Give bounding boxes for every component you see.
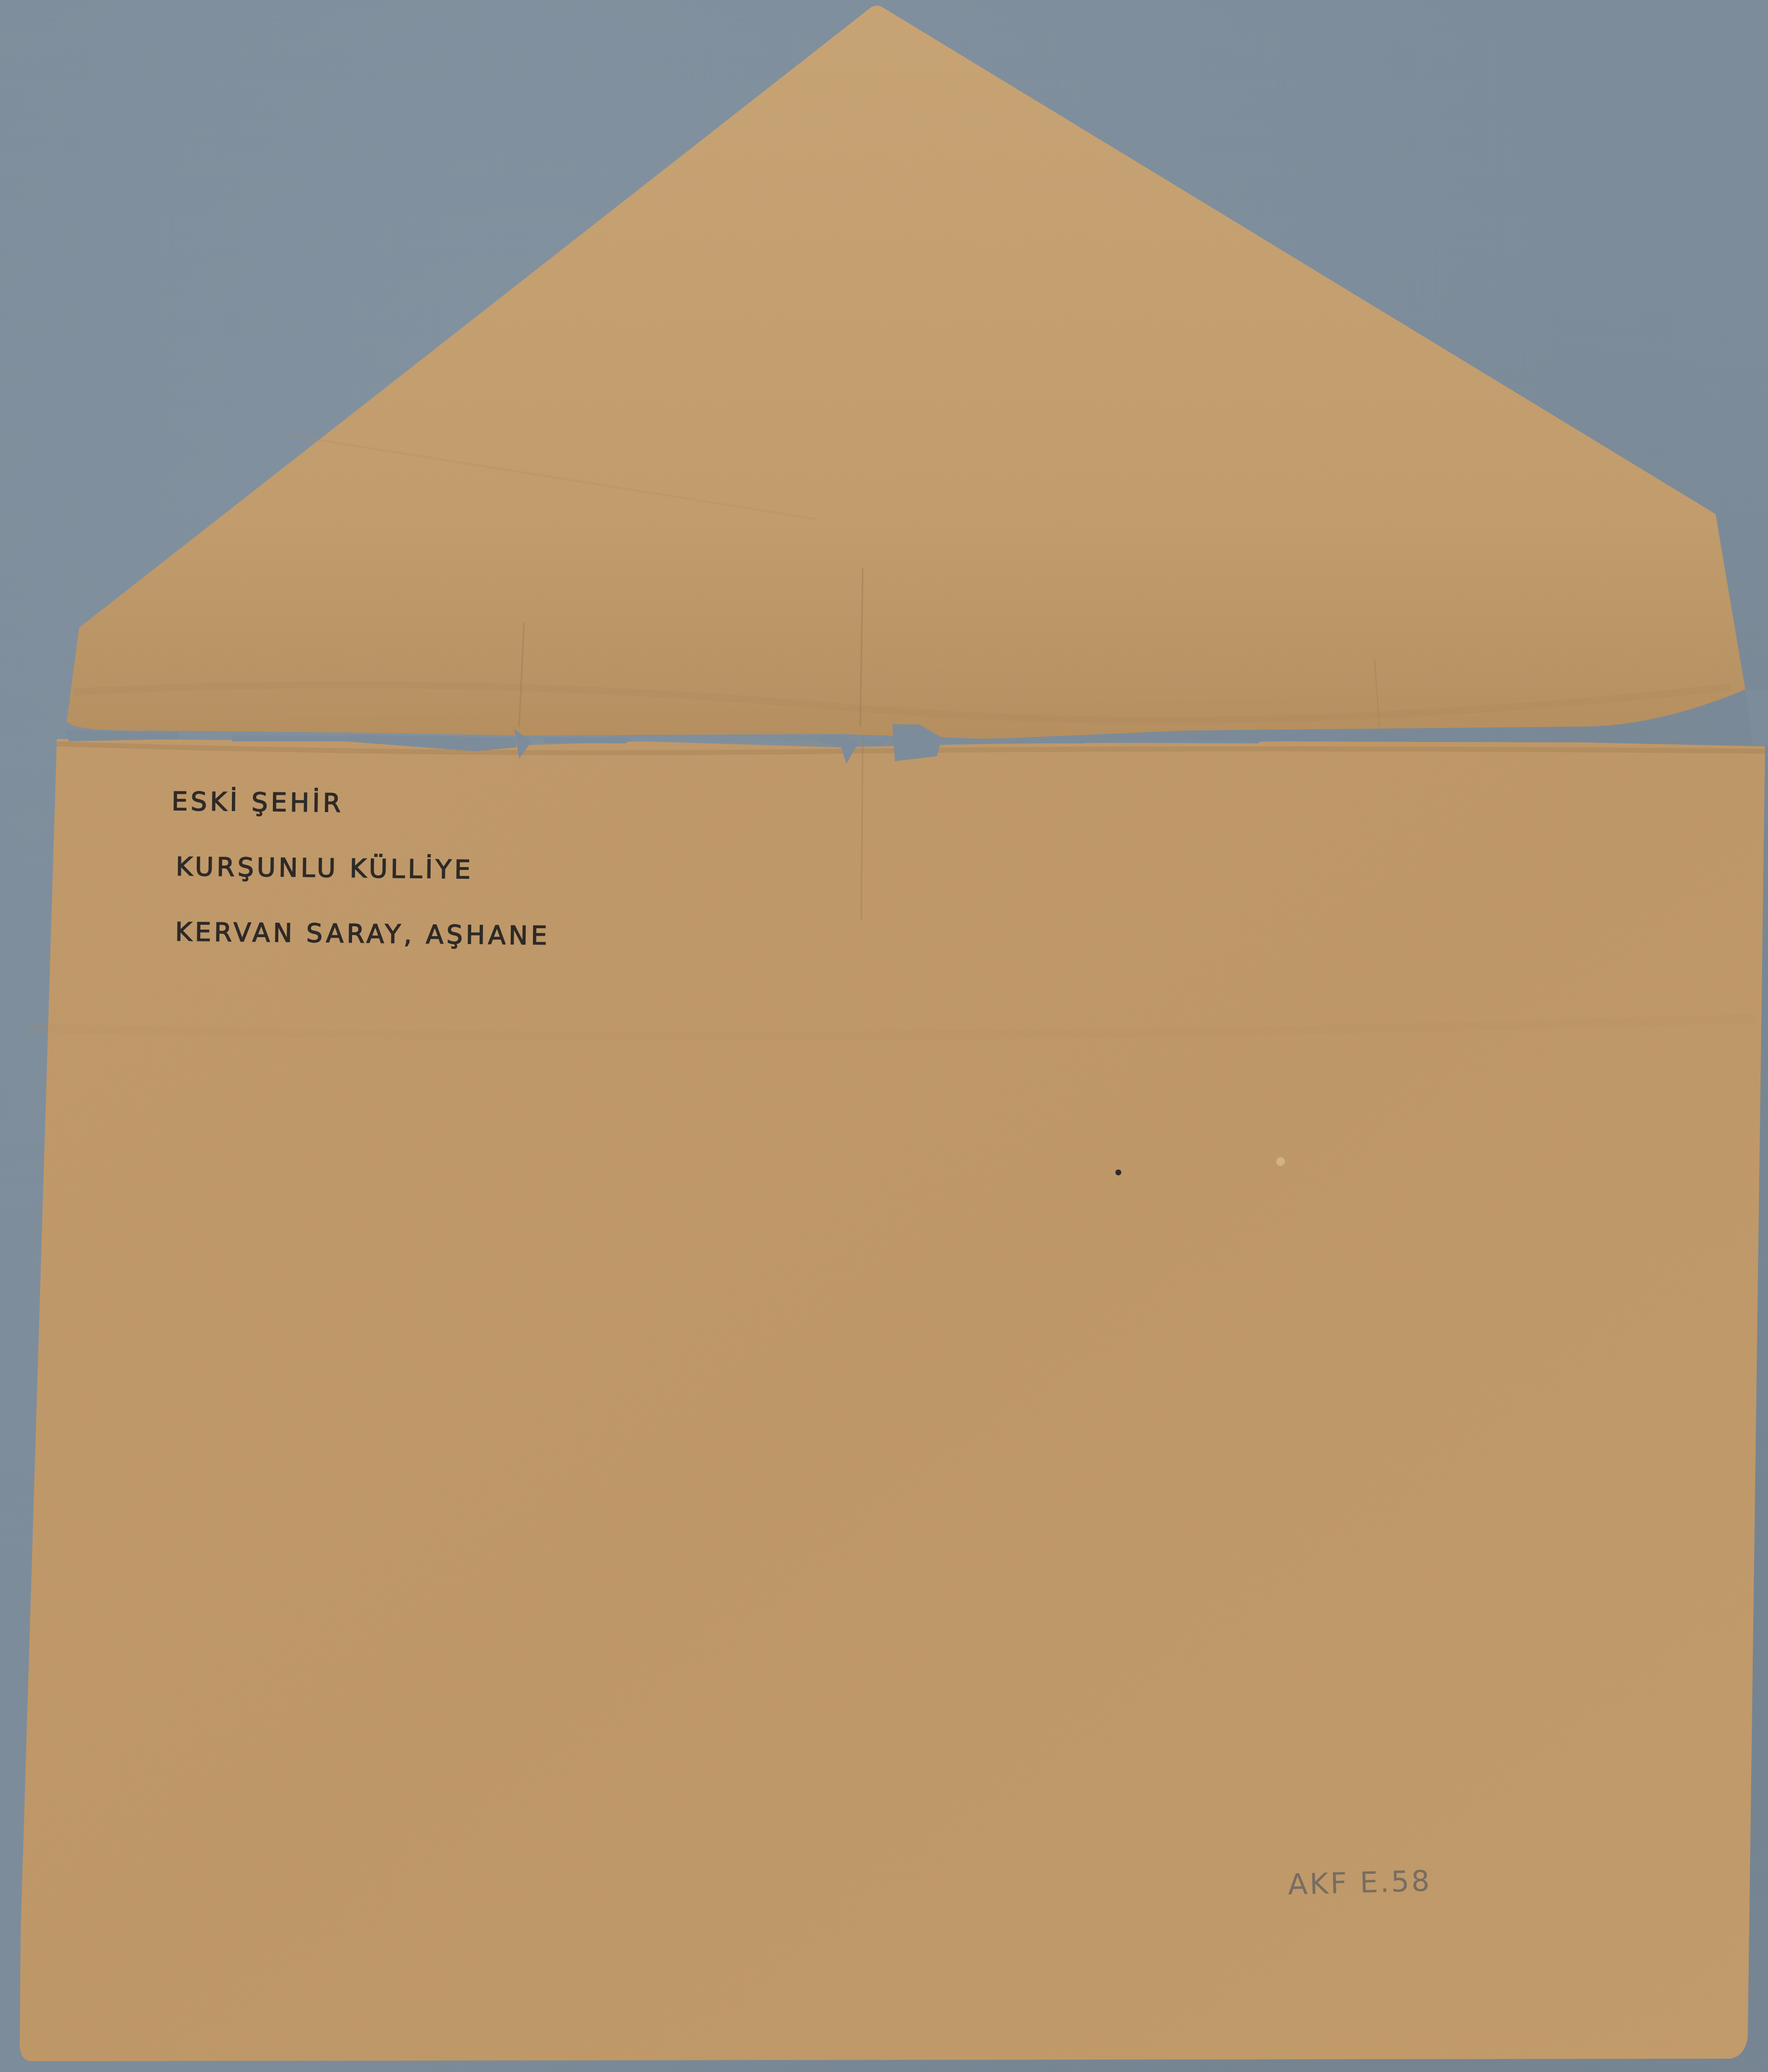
address-line-complex: KURŞUNLU KÜLLİYE bbox=[176, 854, 551, 884]
handwritten-address: ESKİ ŞEHİR KURŞUNLU KÜLLİYE KERVAN SARAY… bbox=[170, 789, 552, 989]
address-line-buildings: KERVAN SARAY, AŞHANE bbox=[175, 919, 550, 949]
catalogue-mark: AKF E.58 bbox=[1287, 1864, 1432, 1901]
envelope-flap bbox=[67, 5, 1745, 739]
envelope bbox=[0, 0, 1768, 2072]
address-line-city: ESKİ ŞEHİR bbox=[172, 789, 552, 819]
